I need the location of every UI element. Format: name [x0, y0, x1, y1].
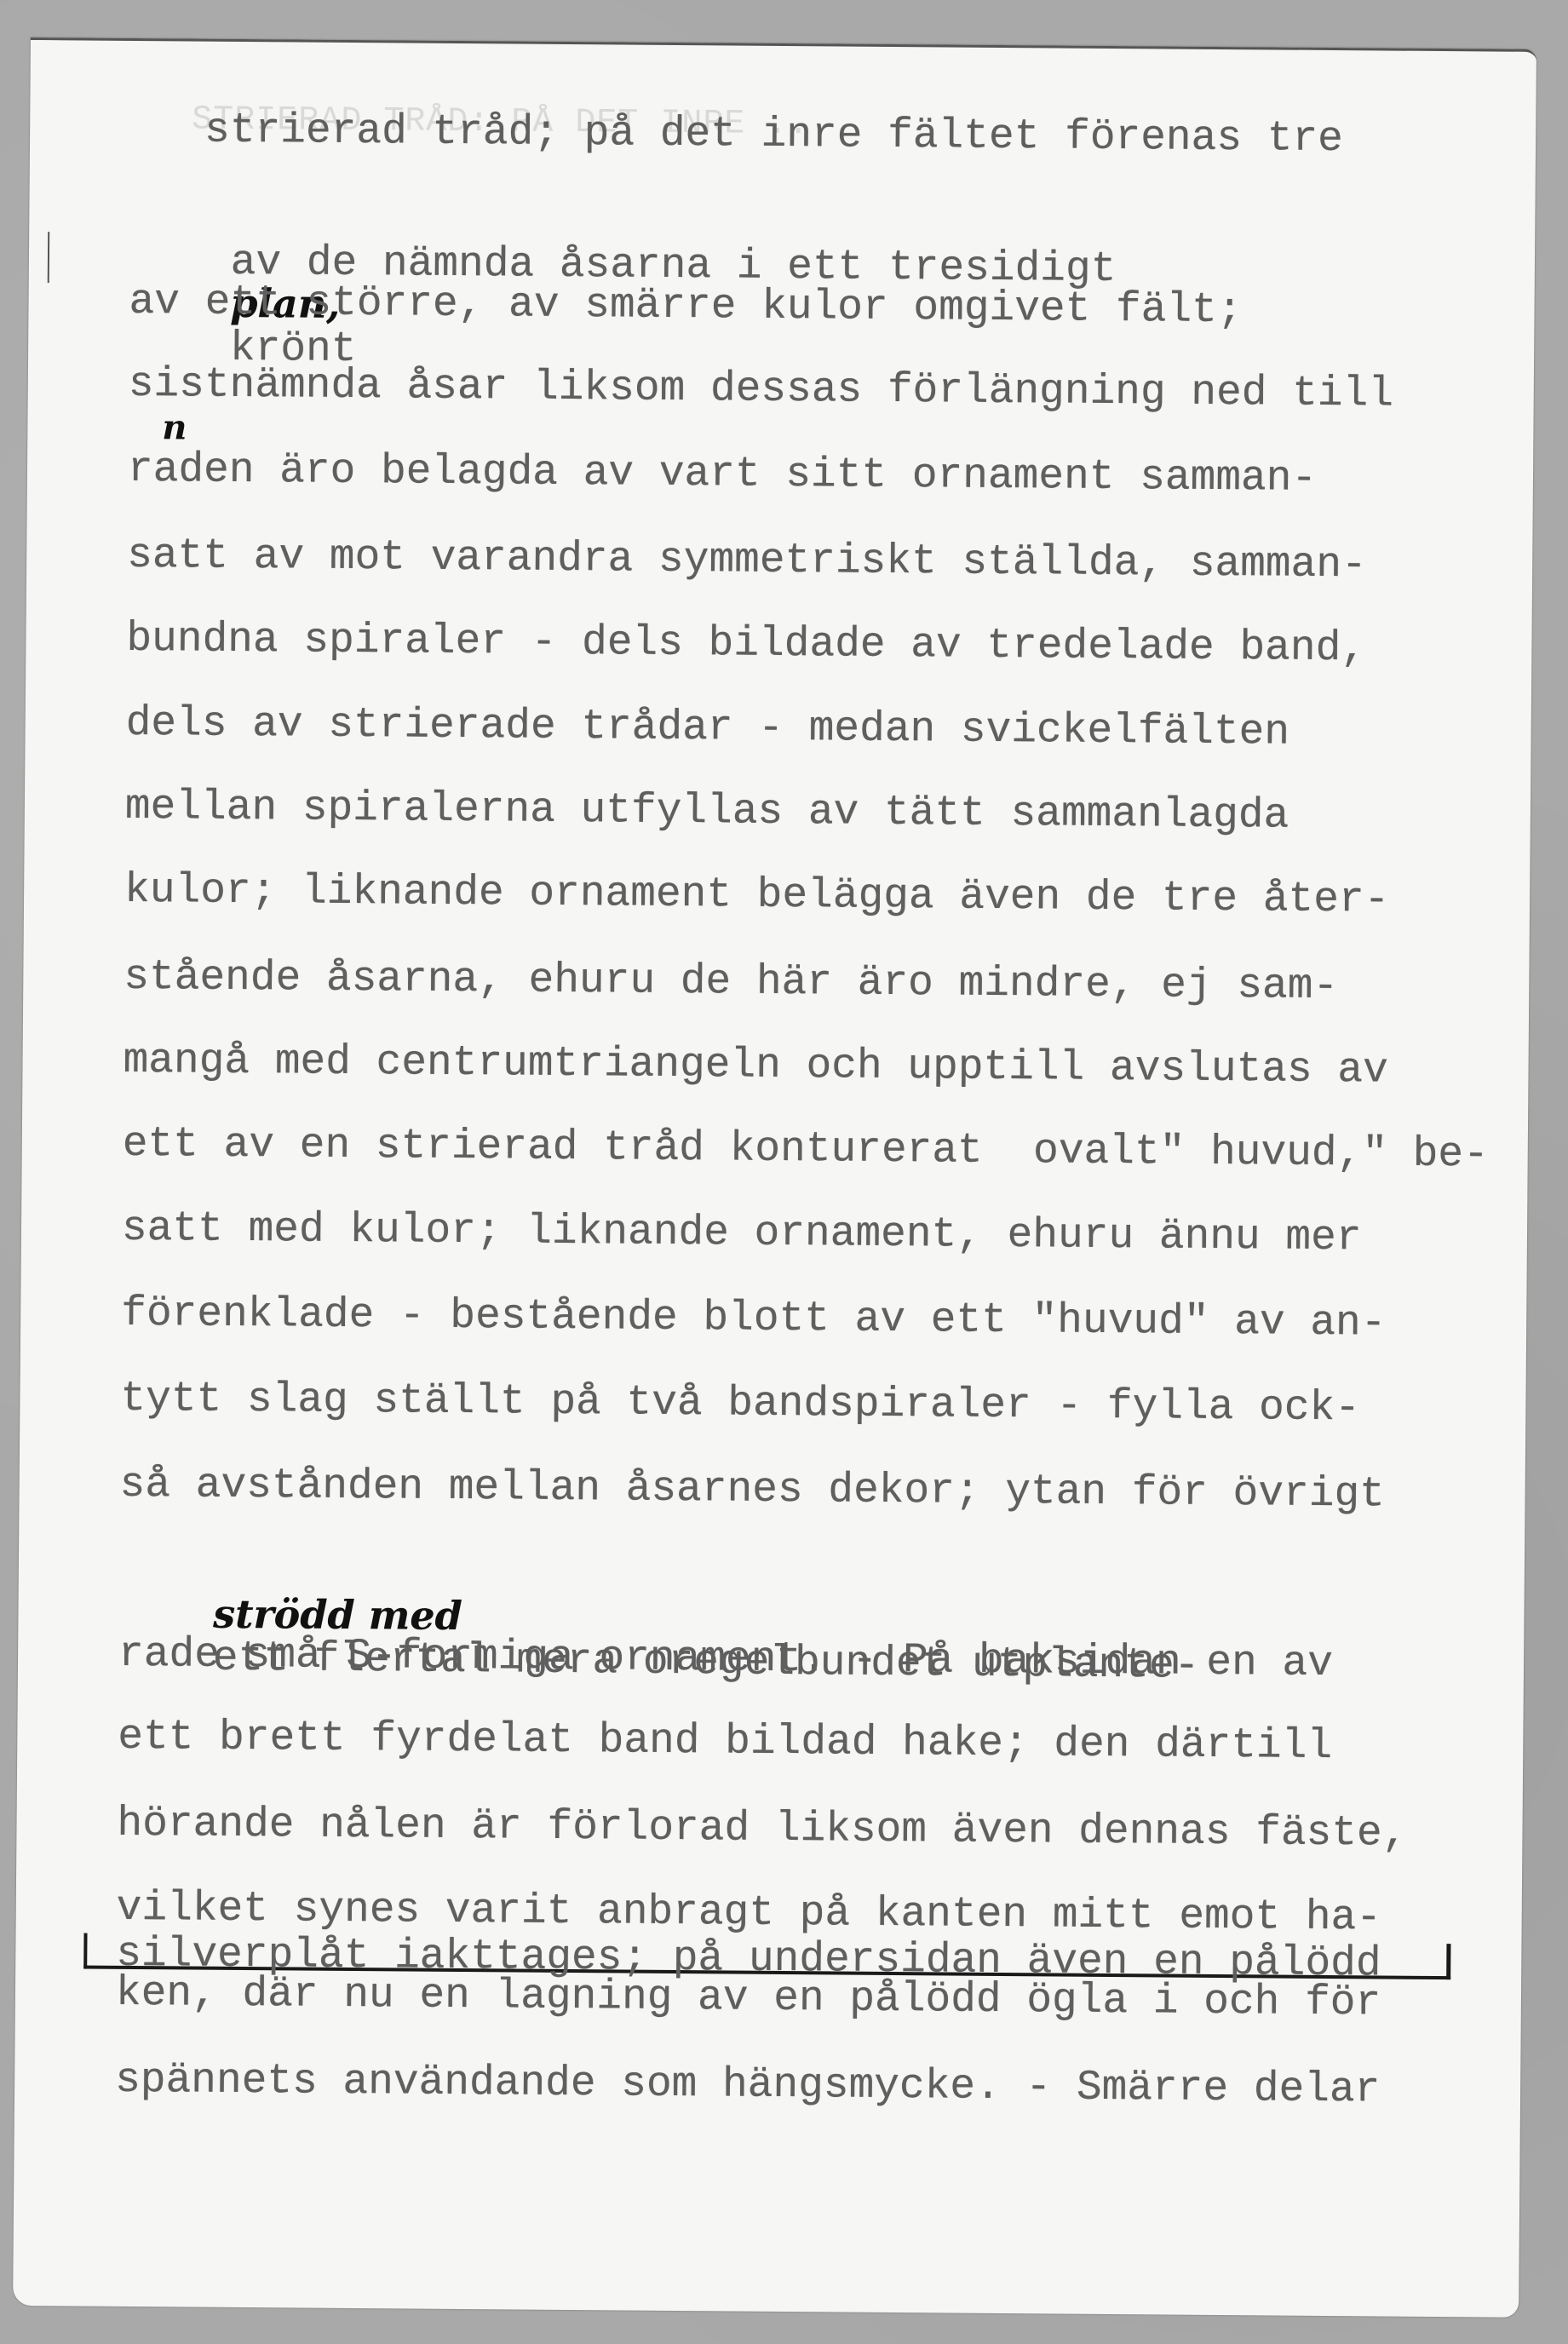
text-line-4: sistnämnda åsar liksom dessas förlängnin… [129, 364, 1394, 416]
text-line-9: mellan spiralerna utfyllas av tätt samma… [125, 786, 1289, 837]
handwritten-n-insertion: n [162, 407, 187, 447]
text-line-3: av ett större, av smärre kulor omgivet f… [129, 281, 1242, 332]
text-line-16: tytt slag ställt på två bandspiraler - f… [120, 1378, 1360, 1430]
text-line-14: satt med kulor; liknande ornament, ehuru… [122, 1208, 1362, 1260]
text-line-1: strierad tråd; på det inre fältet förena… [204, 110, 1343, 161]
text-line-15: förenklade - bestående blott av ett "huv… [121, 1293, 1387, 1345]
text-line-17: så avstånden mellan åsarnes dekor; ytan … [119, 1464, 1385, 1516]
text-line-11: stående åsarna, ehuru de här äro mindre,… [123, 957, 1338, 1008]
text-line-25: spännets användande som hängsmycke. - Sm… [115, 2060, 1381, 2111]
text-line-21: hörande nålen är förlorad liksom även de… [117, 1803, 1407, 1855]
text-line-6: satt av mot varandra symmetriskt ställda… [127, 535, 1367, 587]
margin-pencil-mark [48, 232, 49, 283]
text-line-7: bundna spiraler - dels bildade av tredel… [126, 618, 1366, 670]
manuscript-page: STRIERAD TRÅD: PÅ DET INRE ... strierad … [13, 37, 1536, 2318]
text-line-19: rade små S-formiga ornament. - På baksid… [118, 1634, 1333, 1686]
text-line-24: ken, där nu en lagning av en pålödd ögla… [116, 1973, 1381, 2025]
text-line-8: dels av strierade trådar - medan svickel… [125, 703, 1289, 754]
text-line-13: ett av en strierad tråd konturerat ovalt… [123, 1123, 1489, 1176]
text-line-20: ett brett fyrdelat band bildad hake; den… [118, 1716, 1332, 1768]
text-line-5: raden äro belagda av vart sitt ornament … [128, 449, 1317, 500]
text-line-12: mangå med centrumtriangeln och upptill a… [123, 1040, 1388, 1092]
text-line-10: kulor; liknande ornament belägga även de… [124, 870, 1390, 922]
